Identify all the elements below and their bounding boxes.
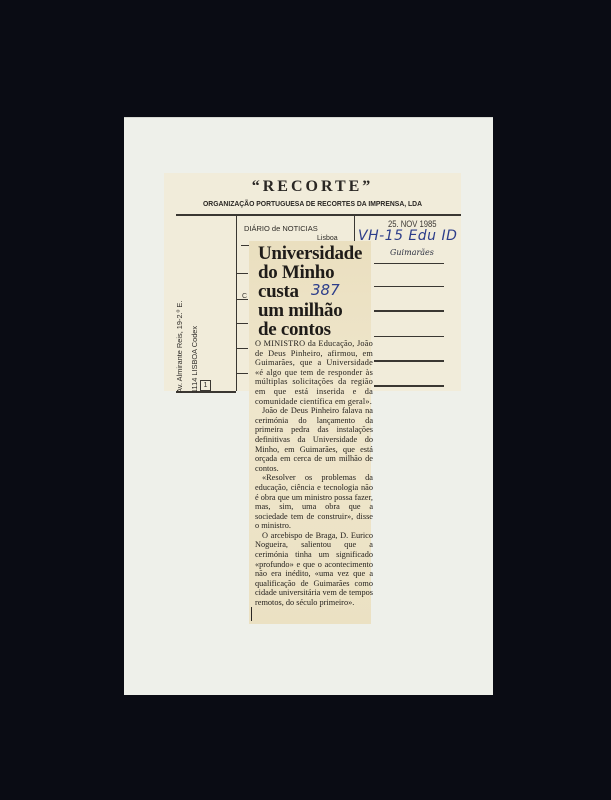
- article-paragraph: O MINISTRO da Educação, João de Deus Pin…: [255, 339, 373, 406]
- handwritten-place-note: Guimarães: [390, 248, 434, 257]
- handwritten-clipping-number: 387: [311, 281, 340, 299]
- address-line-2: 1114 LISBOA Codex: [187, 243, 202, 393]
- address-line-1: Av. Almirante Reis, 19-2.º E.: [172, 243, 187, 393]
- form-line: [374, 336, 444, 337]
- form-line: [374, 385, 444, 387]
- form-organization: ORGANIZAÇÃO PORTUGUESA DE RECORTES DA IM…: [176, 199, 449, 208]
- form-line: [374, 263, 444, 264]
- form-line: [374, 360, 444, 362]
- form-line: [374, 286, 444, 287]
- article-paragraph: O arcebispo de Braga, D. Eurico Nogueira…: [255, 531, 373, 608]
- handwritten-classification-code: VH-15 Edu ID: [358, 228, 457, 244]
- article-paragraph: «Resolver os problemas da educação, ciên…: [255, 473, 373, 531]
- form-tick: [236, 373, 248, 374]
- article-paragraph: João de Deus Pinheiro falava na cerimóni…: [255, 406, 373, 473]
- headline-line: Universidade: [258, 244, 373, 263]
- headline-line: do Minho: [258, 263, 373, 282]
- form-title: “RECORTE”: [164, 178, 461, 196]
- form-tick: [236, 273, 248, 274]
- form-tick: [236, 348, 248, 349]
- agency-address: Av. Almirante Reis, 19-2.º E. 1114 LISBO…: [172, 243, 202, 393]
- form-line: [374, 310, 444, 312]
- newspaper-name: DIÁRIO de NOTICIAS: [244, 224, 318, 233]
- left-column-rule: [236, 215, 237, 391]
- header-rule: [176, 214, 461, 216]
- form-tick: [236, 323, 248, 324]
- form-mark-c: C: [242, 293, 247, 300]
- margin-pencil-mark: [251, 607, 252, 621]
- page-number-box: 1: [200, 380, 211, 391]
- headline-line: de contos: [258, 320, 373, 339]
- article-body: O MINISTRO da Educação, João de Deus Pin…: [255, 339, 373, 608]
- headline-line: um milhão: [258, 301, 373, 320]
